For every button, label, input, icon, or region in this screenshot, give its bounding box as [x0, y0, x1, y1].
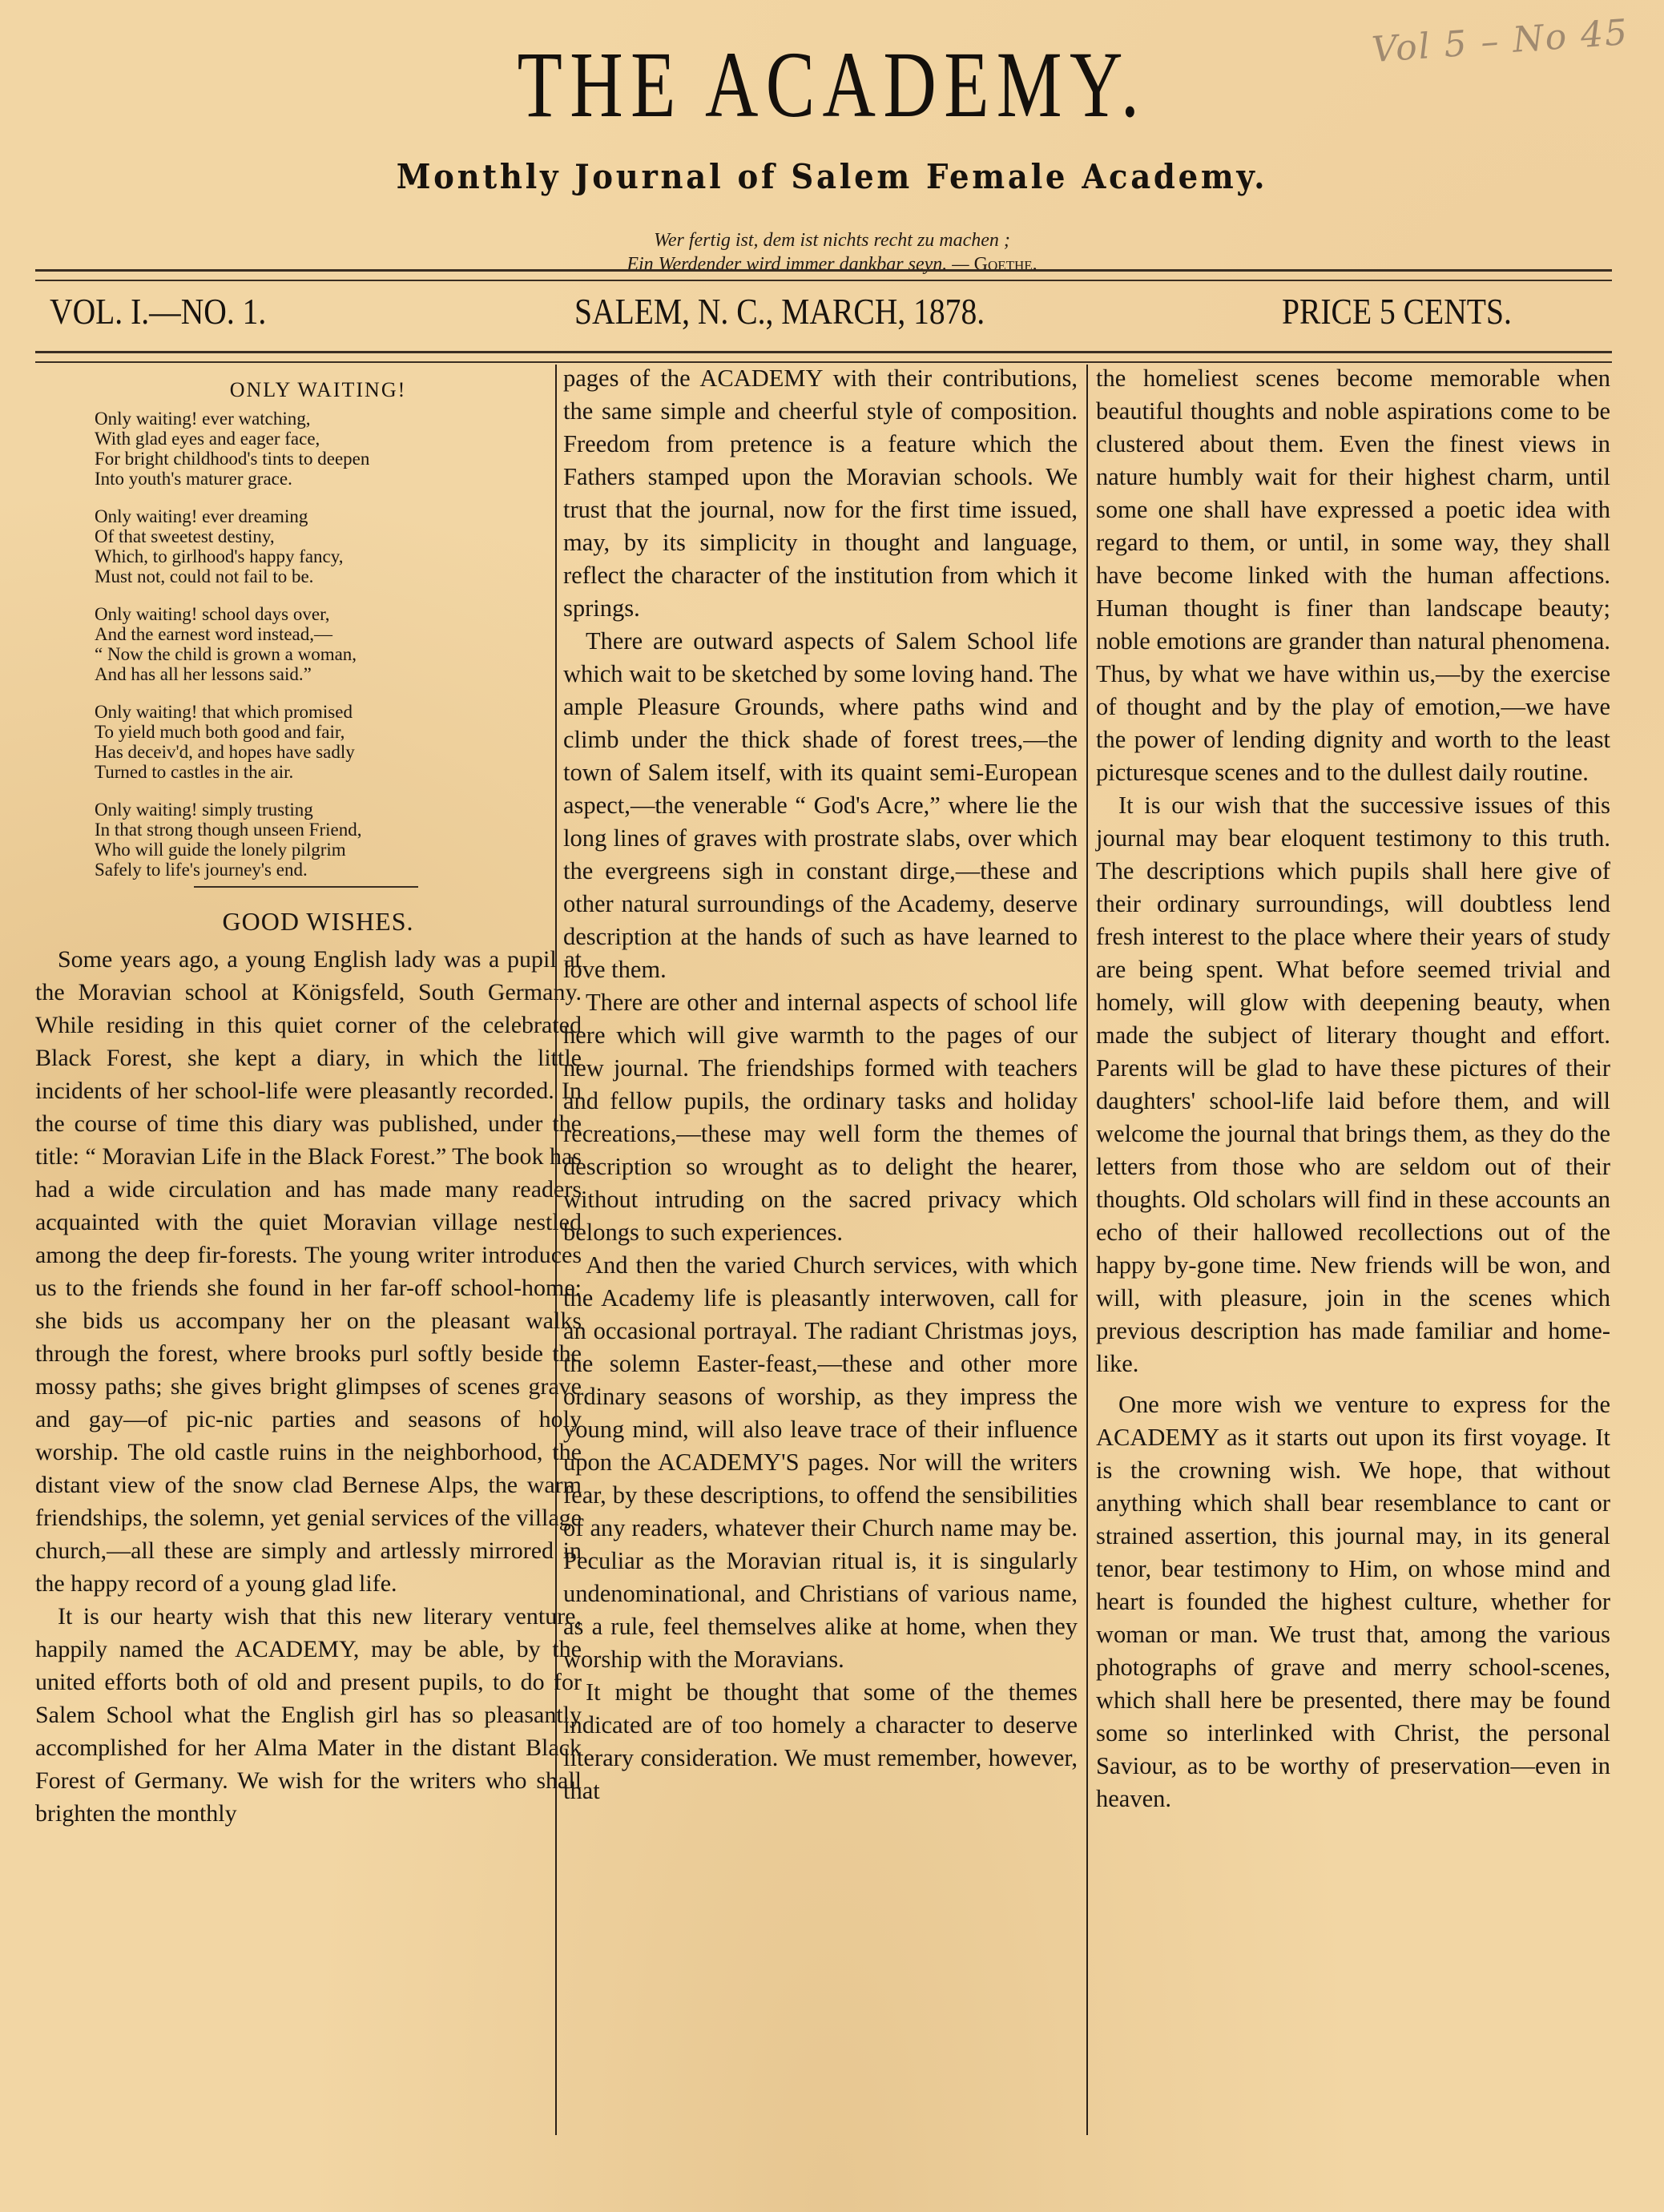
price: PRICE 5 CENTS.: [1282, 290, 1512, 332]
column-divider-2: [1086, 365, 1088, 2135]
paragraph: It is our wish that the successive issue…: [1096, 789, 1610, 1380]
volume-number: VOL. I.—NO. 1.: [50, 290, 266, 332]
poem-stanza: Only waiting! simply trusting In that st…: [95, 800, 546, 880]
paragraph: There are outward aspects of Salem Schoo…: [563, 625, 1078, 986]
paragraph: There are other and internal aspects of …: [563, 986, 1078, 1249]
newspaper-subtitle: Monthly Journal of Salem Female Academy.: [66, 157, 1598, 196]
motto-line-1: Wer fertig ist, dem ist nichts recht zu …: [0, 228, 1664, 252]
top-double-rule: [35, 269, 1612, 281]
article-body-col1: Some years ago, a young English lady was…: [35, 943, 582, 1830]
poem-stanza: Only waiting! ever watching, With glad e…: [95, 409, 546, 489]
article-body-col2: pages of the ACADEMY with their contribu…: [563, 362, 1078, 1807]
paragraph: It might be thought that some of the the…: [563, 1676, 1078, 1807]
poem-only-waiting: Only waiting! ever watching, With glad e…: [90, 409, 546, 880]
column-2: pages of the ACADEMY with their contribu…: [563, 362, 1078, 1807]
bottom-double-rule: [35, 351, 1612, 363]
newspaper-title: THE ACADEMY.: [183, 37, 1481, 133]
masthead: THE ACADEMY. Monthly Journal of Salem Fe…: [0, 37, 1664, 276]
article-title: GOOD WISHES.: [90, 907, 546, 937]
poem-stanza: Only waiting! ever dreaming Of that swee…: [95, 506, 546, 586]
paragraph: One more wish we venture to express for …: [1096, 1388, 1610, 1815]
paragraph: And then the varied Church services, wit…: [563, 1249, 1078, 1676]
place-and-date: SALEM, N. C., MARCH, 1878.: [574, 290, 985, 332]
dateline: VOL. I.—NO. 1. SALEM, N. C., MARCH, 1878…: [48, 290, 1570, 338]
newspaper-page: Vol 5 – No 45 THE ACADEMY. Monthly Journ…: [0, 0, 1664, 2212]
column-3: the homeliest scenes become memorable wh…: [1096, 362, 1610, 1815]
paragraph: the homeliest scenes become memorable wh…: [1096, 362, 1610, 789]
paragraph: pages of the ACADEMY with their contribu…: [563, 362, 1078, 625]
poem-stanza: Only waiting! that which promised To yie…: [95, 702, 546, 782]
poem-title: ONLY WAITING!: [90, 378, 546, 402]
article-body-col3: the homeliest scenes become memorable wh…: [1096, 362, 1610, 1815]
poem-stanza: Only waiting! school days over, And the …: [95, 604, 546, 684]
paragraph: It is our hearty wish that this new lite…: [35, 1600, 582, 1830]
column-1: ONLY WAITING! Only waiting! ever watchin…: [90, 362, 546, 1830]
paragraph: Some years ago, a young English lady was…: [35, 943, 582, 1600]
section-separator-rule: [194, 886, 418, 888]
